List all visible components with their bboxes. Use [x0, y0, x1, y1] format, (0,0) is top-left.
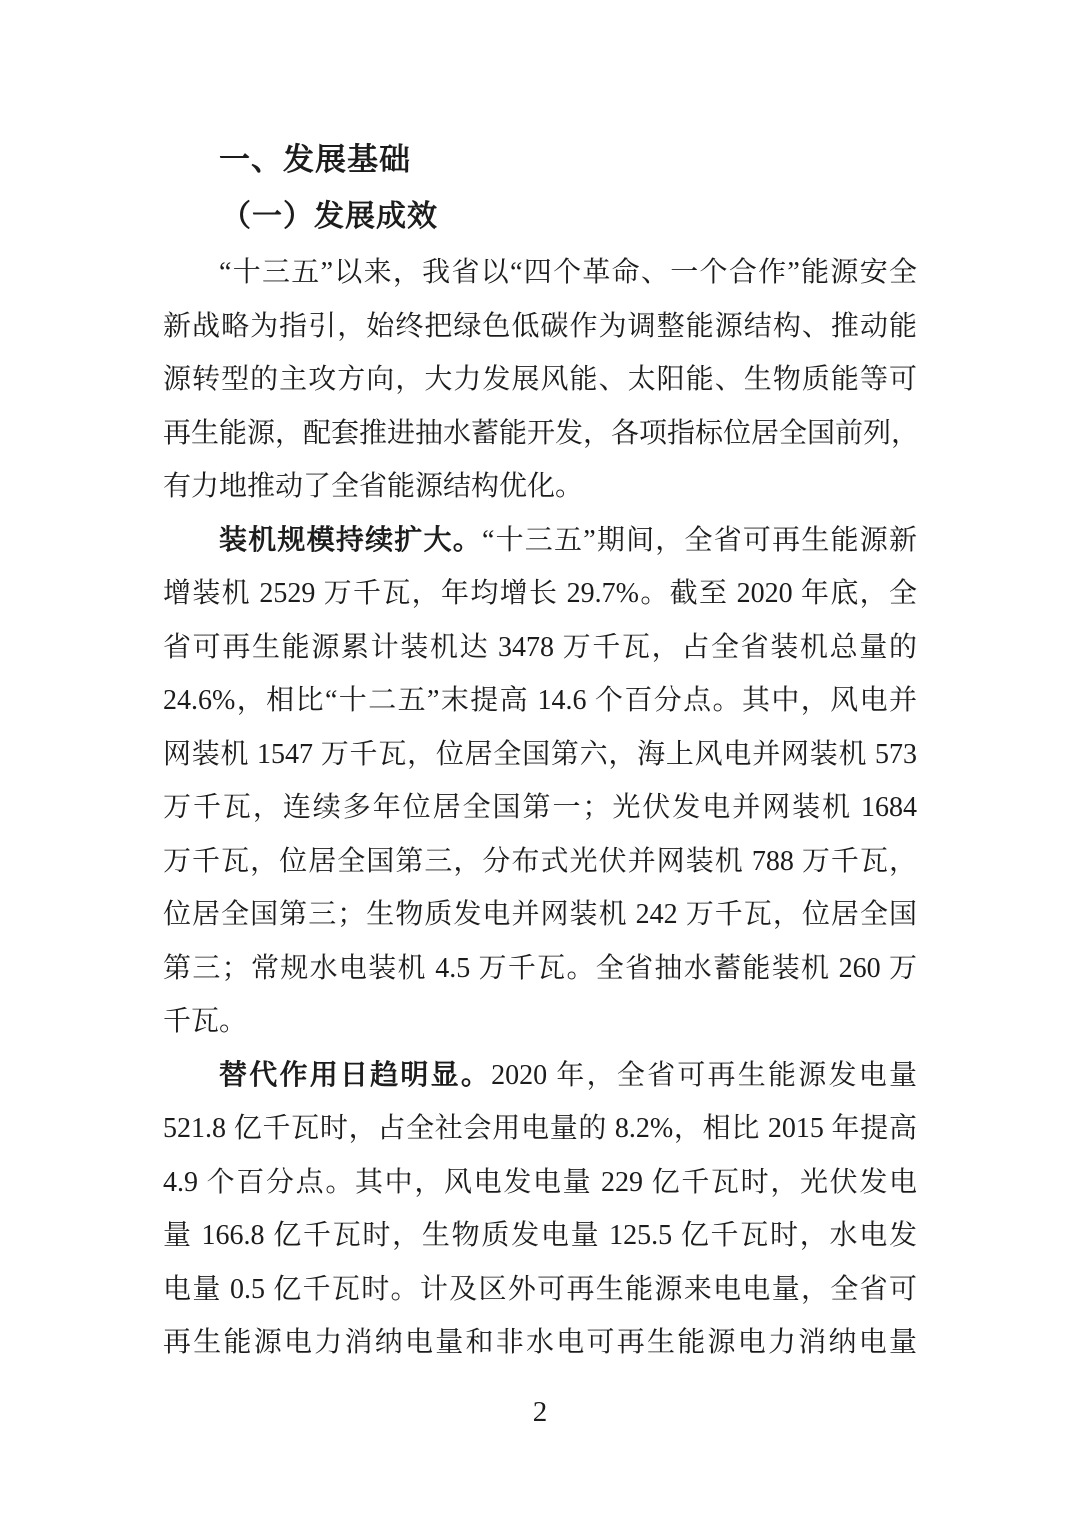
text-line: 源转型的主攻方向，大力发展风能、太阳能、生物质能等可	[163, 353, 917, 407]
text-line: 再生能源电力消纳电量和非水电可再生能源电力消纳电量	[163, 1316, 917, 1370]
text-line: “十三五”以来，我省以“四个革命、一个合作”能源安全	[163, 246, 917, 300]
paragraph-lead: 替代作用日趋明显。	[219, 1060, 491, 1091]
text-line: 电量 0.5 亿千瓦时。计及区外可再生能源来电电量，全省可	[163, 1263, 917, 1317]
text-line: 有力地推动了全省能源结构优化。	[163, 460, 917, 514]
text-line: 量 166.8 亿千瓦时，生物质发电量 125.5 亿千瓦时，水电发	[163, 1209, 917, 1263]
text-segment: 2020 年，全省可再生能源发电量	[491, 1060, 917, 1091]
text-line: 替代作用日趋明显。2020 年，全省可再生能源发电量	[163, 1049, 917, 1103]
text-line: 千瓦。	[163, 995, 917, 1049]
text-line: 新战略为指引，始终把绿色低碳作为调整能源结构、推动能	[163, 300, 917, 354]
paragraph-lead: 装机规模持续扩大。	[219, 525, 482, 556]
text-line: 第三；常规水电装机 4.5 万千瓦。全省抽水蓄能装机 260 万	[163, 942, 917, 996]
text-line: 增装机 2529 万千瓦，年均增长 29.7%。截至 2020 年底，全	[163, 567, 917, 621]
text-line: 再生能源，配套推进抽水蓄能开发，各项指标位居全国前列，	[163, 407, 917, 461]
text-line: 装机规模持续扩大。“十三五”期间，全省可再生能源新	[163, 514, 917, 568]
text-line: 省可再生能源累计装机达 3478 万千瓦，占全省装机总量的	[163, 621, 917, 675]
paragraph: 替代作用日趋明显。2020 年，全省可再生能源发电量 521.8 亿千瓦时，占全…	[163, 1049, 917, 1370]
subsection-heading: （一）发展成效	[163, 188, 917, 246]
page-number: 2	[0, 1392, 1080, 1432]
document-page: 一、发展基础 （一）发展成效 “十三五”以来，我省以“四个革命、一个合作”能源安…	[0, 0, 1080, 1527]
text-line: 万千瓦，位居全国第三，分布式光伏并网装机 788 万千瓦，	[163, 835, 917, 889]
section-heading: 一、发展基础	[163, 132, 917, 188]
text-line: 4.9 个百分点。其中，风电发电量 229 亿千瓦时，光伏发电	[163, 1156, 917, 1210]
text-line: 位居全国第三；生物质发电并网装机 242 万千瓦，位居全国	[163, 888, 917, 942]
text-line: 521.8 亿千瓦时，占全社会用电量的 8.2%，相比 2015 年提高	[163, 1102, 917, 1156]
text-line: 网装机 1547 万千瓦，位居全国第六，海上风电并网装机 573	[163, 728, 917, 782]
document-body: 一、发展基础 （一）发展成效 “十三五”以来，我省以“四个革命、一个合作”能源安…	[163, 132, 917, 1370]
text-line: 24.6%，相比“十二五”末提高 14.6 个百分点。其中，风电并	[163, 674, 917, 728]
text-line: 万千瓦，连续多年位居全国第一；光伏发电并网装机 1684	[163, 781, 917, 835]
paragraph: “十三五”以来，我省以“四个革命、一个合作”能源安全 新战略为指引，始终把绿色低…	[163, 246, 917, 514]
text-segment: “十三五”期间，全省可再生能源新	[482, 525, 917, 556]
paragraph: 装机规模持续扩大。“十三五”期间，全省可再生能源新 增装机 2529 万千瓦，年…	[163, 514, 917, 1049]
